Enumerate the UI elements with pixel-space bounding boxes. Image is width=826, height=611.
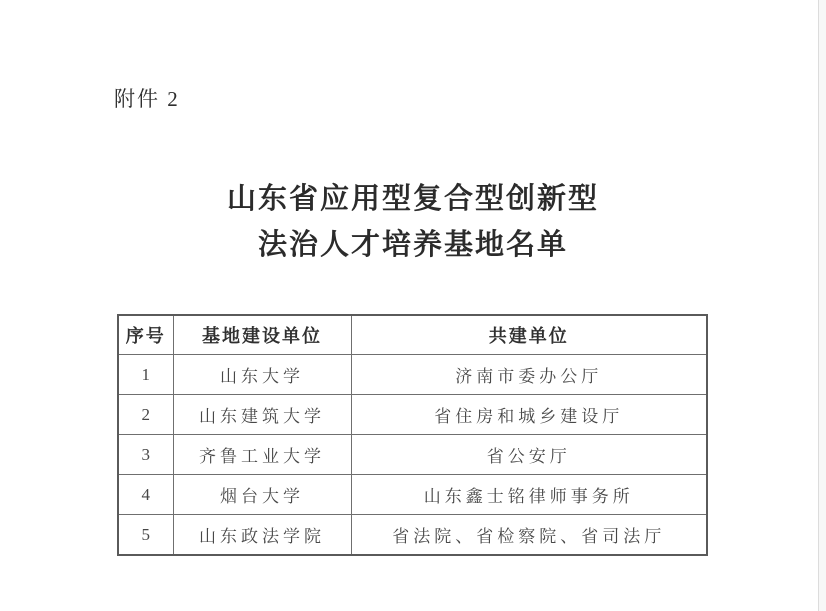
column-header-base-unit: 基地建设单位 <box>173 315 351 355</box>
cell-base-unit: 齐鲁工业大学 <box>173 435 351 475</box>
table-row: 3 齐鲁工业大学 省公安厅 <box>118 435 707 475</box>
column-header-co-builder: 共建单位 <box>351 315 707 355</box>
document-title: 山东省应用型复合型创新型 法治人才培养基地名单 <box>0 176 826 268</box>
cell-index: 5 <box>118 515 173 556</box>
page-edge-line <box>818 0 819 611</box>
cell-base-unit: 山东建筑大学 <box>173 395 351 435</box>
cell-co-builder: 省公安厅 <box>351 435 707 475</box>
cell-index: 2 <box>118 395 173 435</box>
table-header-row: 序号 基地建设单位 共建单位 <box>118 315 707 355</box>
base-list-table: 序号 基地建设单位 共建单位 1 山东大学 济南市委办公厅 2 山东建筑大学 省… <box>117 314 708 556</box>
table-row: 4 烟台大学 山东鑫士铭律师事务所 <box>118 475 707 515</box>
page-edge-strip <box>819 0 826 611</box>
table-row: 2 山东建筑大学 省住房和城乡建设厅 <box>118 395 707 435</box>
table-row: 5 山东政法学院 省法院、省检察院、省司法厅 <box>118 515 707 556</box>
cell-co-builder: 山东鑫士铭律师事务所 <box>351 475 707 515</box>
table-row: 1 山东大学 济南市委办公厅 <box>118 355 707 395</box>
cell-co-builder: 省住房和城乡建设厅 <box>351 395 707 435</box>
cell-base-unit: 山东政法学院 <box>173 515 351 556</box>
attachment-label: 附件 2 <box>114 83 180 113</box>
title-line-2: 法治人才培养基地名单 <box>0 222 826 268</box>
cell-index: 1 <box>118 355 173 395</box>
cell-base-unit: 烟台大学 <box>173 475 351 515</box>
column-header-index: 序号 <box>118 315 173 355</box>
cell-base-unit: 山东大学 <box>173 355 351 395</box>
title-line-1: 山东省应用型复合型创新型 <box>0 176 826 222</box>
document-page: 附件 2 山东省应用型复合型创新型 法治人才培养基地名单 序号 基地建设单位 共… <box>0 0 826 611</box>
cell-index: 4 <box>118 475 173 515</box>
cell-co-builder: 济南市委办公厅 <box>351 355 707 395</box>
cell-co-builder: 省法院、省检察院、省司法厅 <box>351 515 707 556</box>
cell-index: 3 <box>118 435 173 475</box>
